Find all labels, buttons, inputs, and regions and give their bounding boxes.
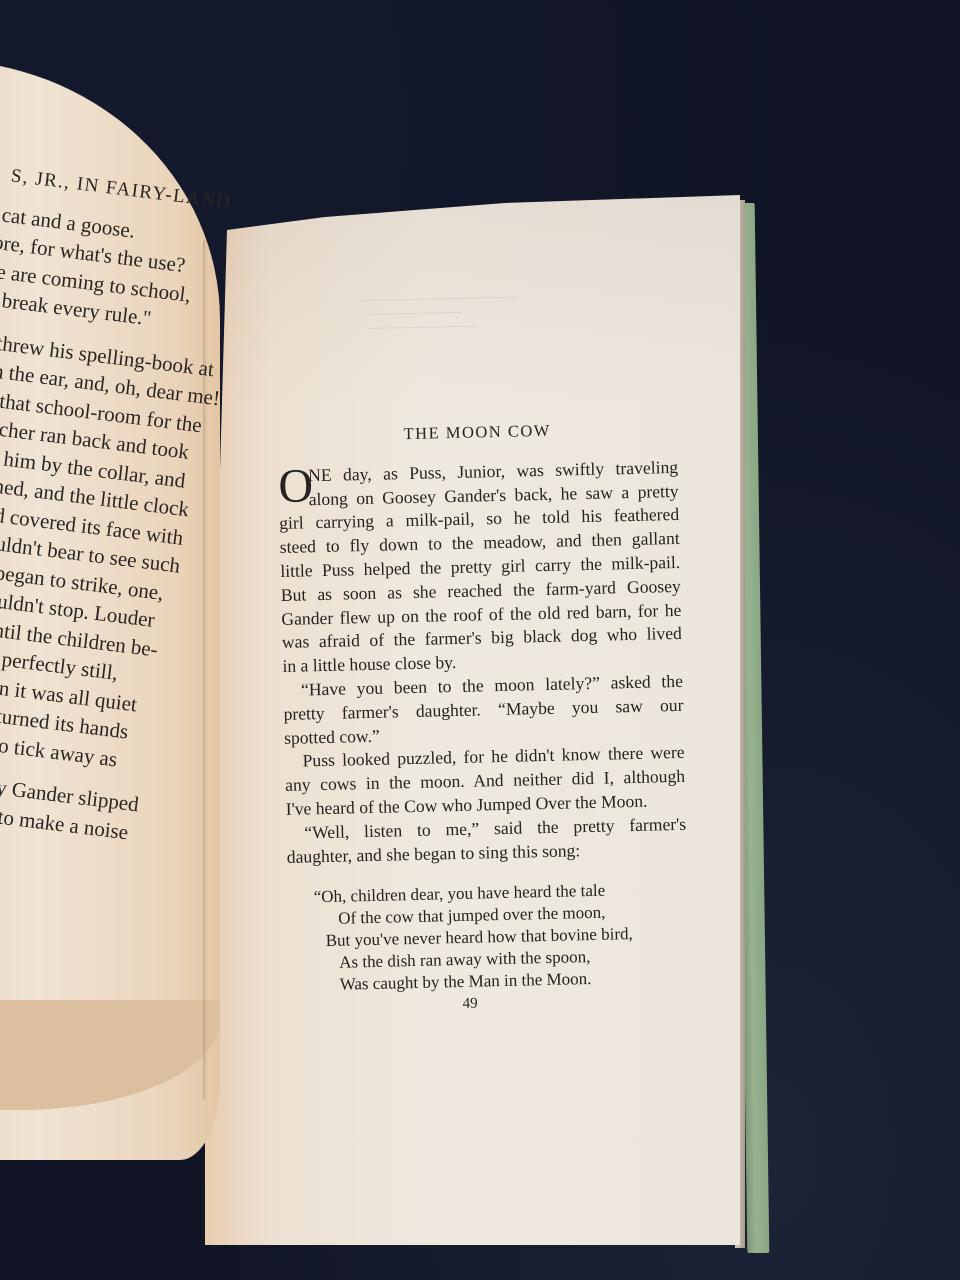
paragraph-4: “Well, listen to me,” said the pretty fa… xyxy=(286,813,687,870)
left-verse: y cat and a goose. nore, for what's the … xyxy=(0,198,216,339)
paragraph-1: O NE day, as Puss, Junior, was swiftly t… xyxy=(278,456,679,513)
right-page-text: THE MOON COW O NE day, as Puss, Junior, … xyxy=(277,416,690,1021)
paragraph-2: “Have you been to the moon lately?” aske… xyxy=(283,670,685,750)
paragraph-3: Puss looked puzzled, for he didn't know … xyxy=(284,741,686,821)
drop-cap: O xyxy=(278,464,314,509)
song-verse: “Oh, children dear, you have heard the t… xyxy=(287,878,689,997)
paragraph-1-cont: girl carrying a milk-pail, so he told hi… xyxy=(279,503,683,679)
bleed-through-text: ───────────────── ────────── ───────────… xyxy=(360,286,681,335)
left-paragraph-2: nd Goosey Gander slipped ere afraid to m… xyxy=(0,763,147,876)
photo-scene: ───────────────── ────────── ───────────… xyxy=(0,0,960,1280)
